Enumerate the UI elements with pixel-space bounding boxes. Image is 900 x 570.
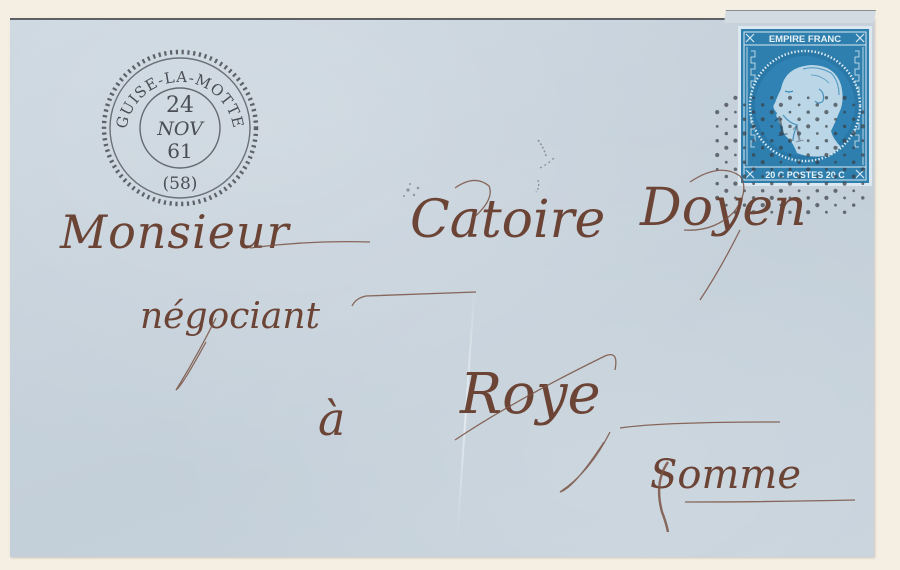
address-salutation: Monsieur [60,205,290,259]
address-preposition: à [318,392,345,446]
letter-flap [724,10,876,23]
postmark-department: (58) [163,174,198,194]
postmark: GUISE-LA-MOTTE 24 NOV 61 (58) [98,46,262,210]
postage-stamp: EMPIRE FRANC 20 C POSTES 20 C 1 1 [738,26,872,186]
address-city: Roye [460,362,601,427]
postmark-year: 61 [167,139,192,163]
address-name-second: Doyen [640,178,807,238]
address-occupation: négociant [140,296,320,337]
postmark-day: 24 [166,93,194,118]
stamp-top-inscription: EMPIRE FRANC [769,34,841,45]
address-department: Somme [650,452,801,498]
address-name-first: Catoire [410,190,605,250]
photo-stage: GUISE-LA-MOTTE 24 NOV 61 (58) [0,0,900,570]
postmark-month: NOV [156,118,205,140]
